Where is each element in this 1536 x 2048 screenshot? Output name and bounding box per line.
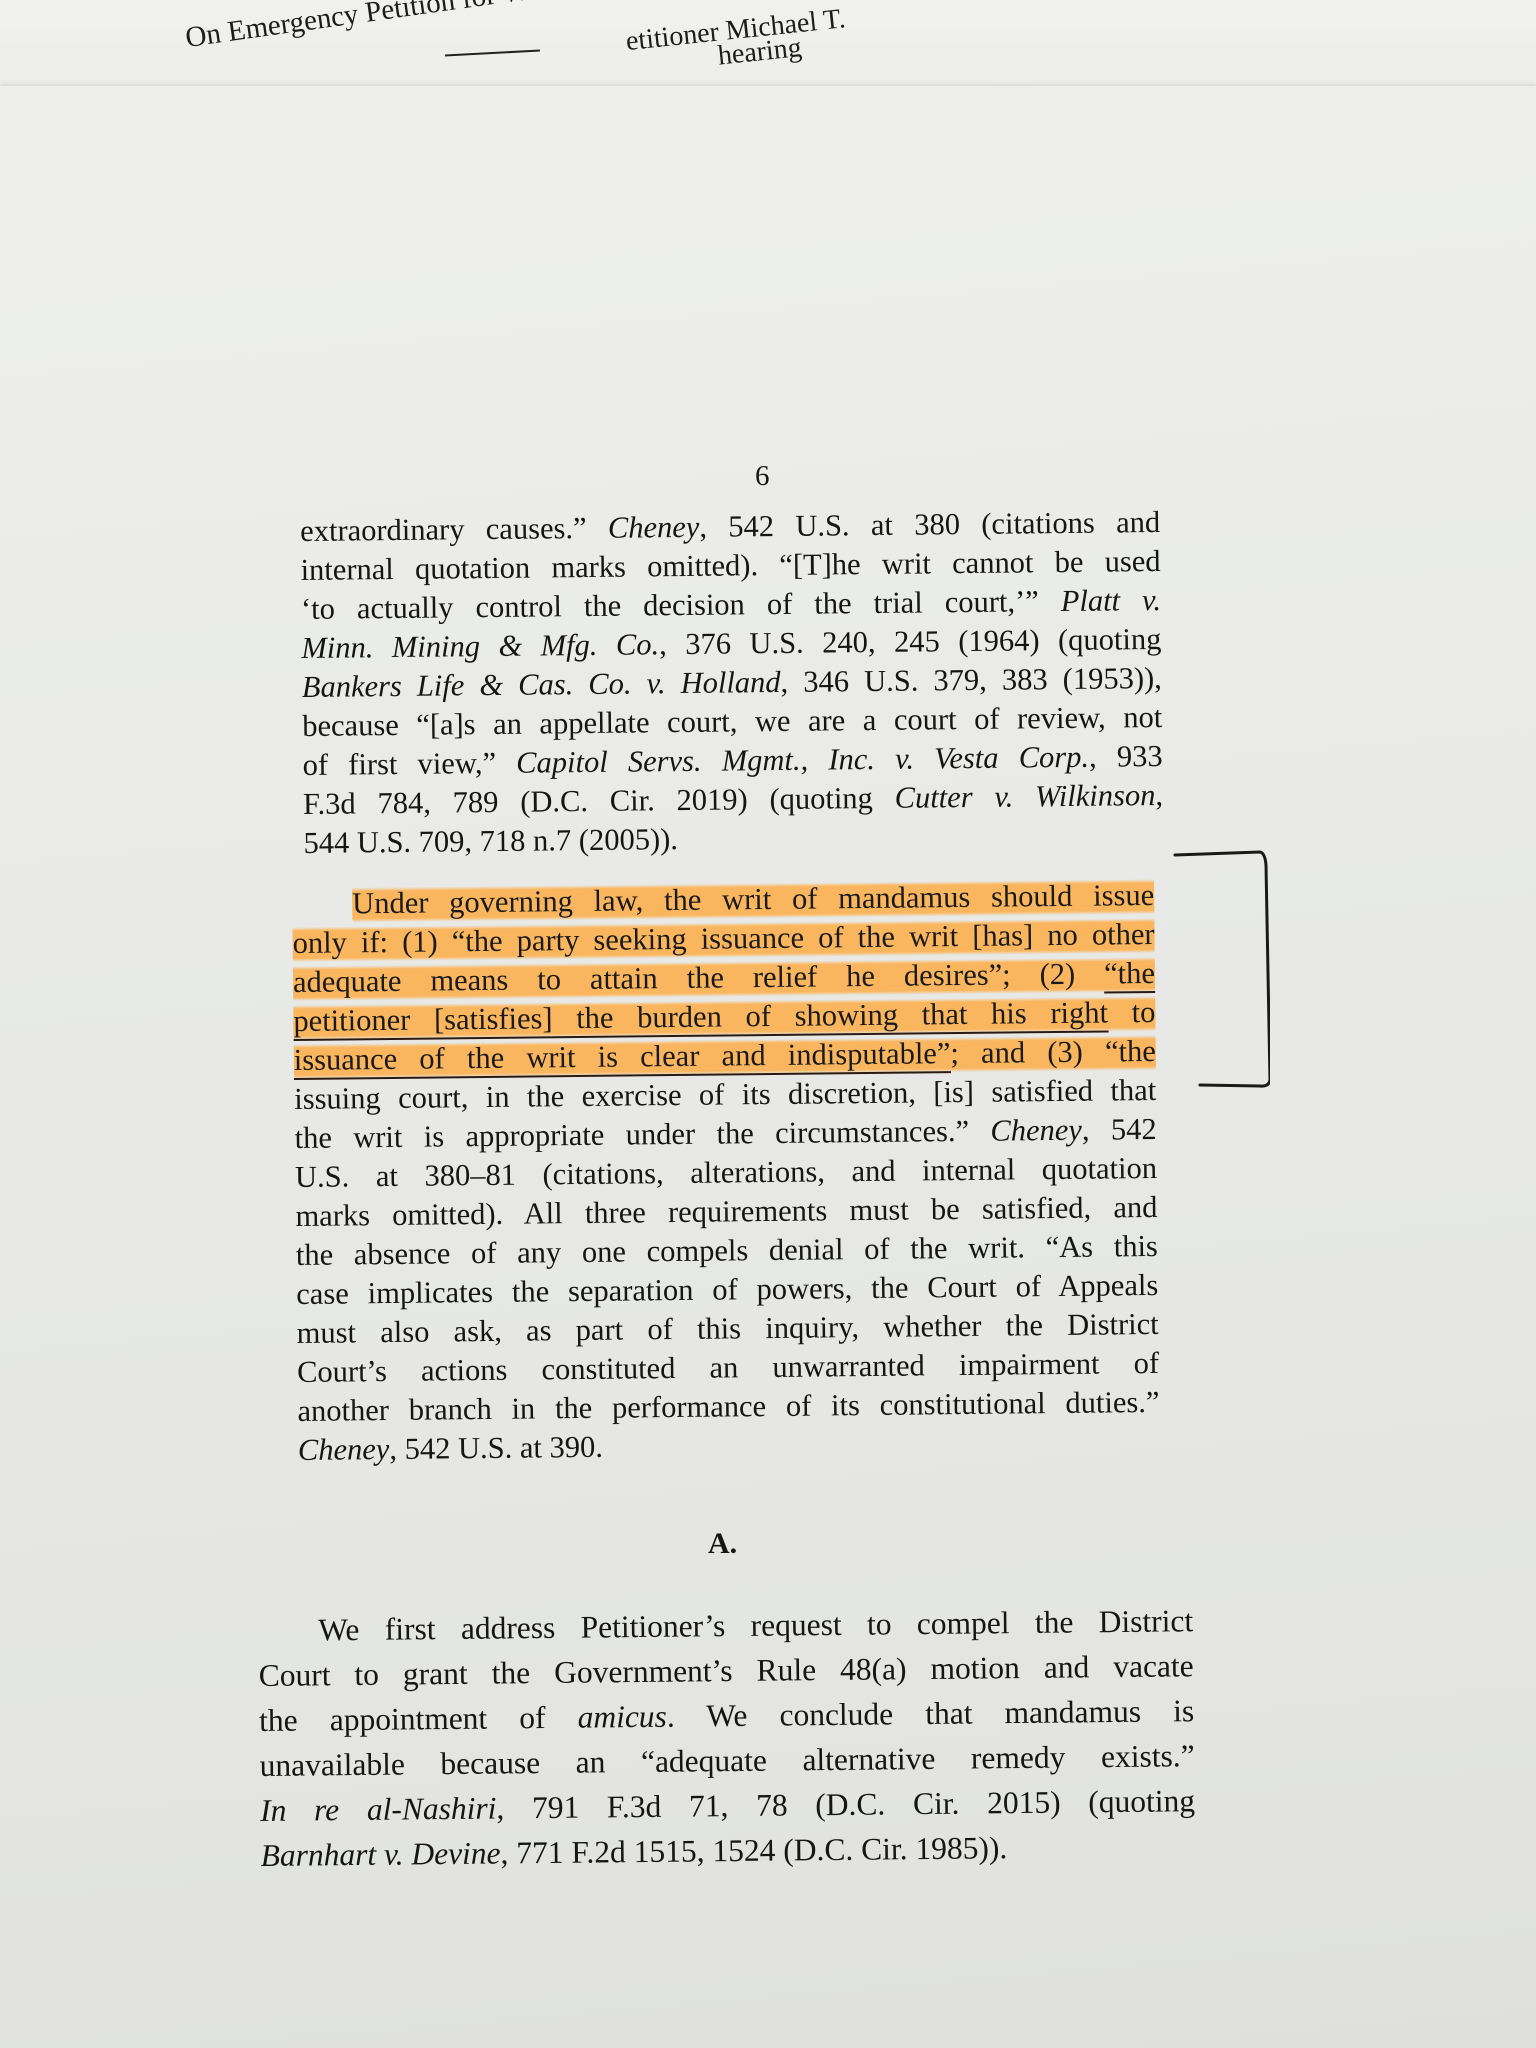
case-name: Bankers Life & Cas. Co. v. Holland: [302, 665, 781, 704]
paragraph-citations: extraordinary causes.” Cheney, 542 U.S. …: [300, 503, 1164, 863]
case-name: amicus: [577, 1699, 667, 1735]
case-name: Platt v.: [1061, 583, 1162, 618]
paragraph-first-address: We first address Petitioner’s request to…: [258, 1598, 1196, 1878]
back-page-rule: [445, 50, 540, 57]
case-name: Barnhart v. Devine: [260, 1835, 500, 1873]
case-name: In re al-Nashiri: [260, 1791, 497, 1828]
page-number: 6: [755, 460, 770, 493]
case-name: Cheney: [608, 510, 700, 545]
pen-bracket-icon: [1170, 845, 1270, 1095]
back-page-caption: etitioner Michael T. hearing: [625, 5, 850, 80]
case-name: Capitol Servs. Mgmt., Inc. v. Vesta Corp…: [516, 740, 1089, 780]
case-name: Minn. Mining & Mfg. Co.: [301, 627, 659, 665]
back-page-title: On Emergency Petition for Writ: [183, 0, 555, 55]
paragraph-mandamus-standard: Under governing law, the writ of mandamu…: [292, 876, 1160, 1470]
case-name: Cutter v. Wilkinson: [894, 778, 1155, 815]
section-heading: A.: [708, 1527, 737, 1561]
back-page: On Emergency Petition for Writ etitioner…: [0, 0, 1536, 90]
